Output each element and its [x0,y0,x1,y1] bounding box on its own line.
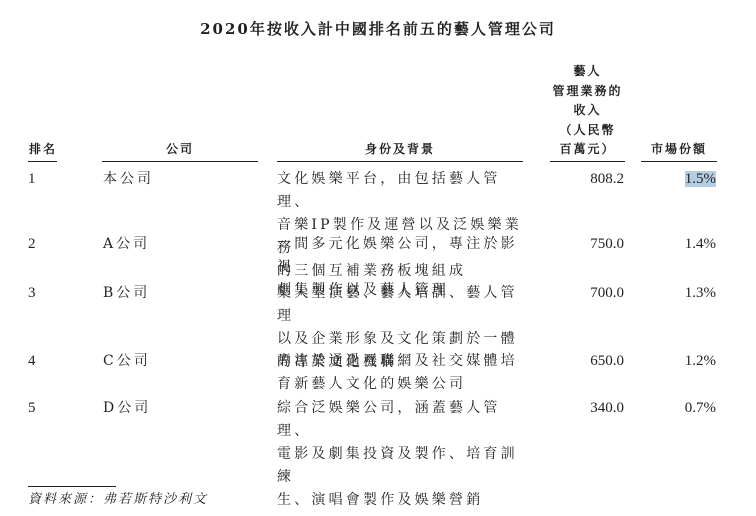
background-line: 集大型演藝、藝人培訓、藝人管理 [277,282,527,328]
header-rule-rank [28,161,57,162]
company-cell: 本公司 [103,168,154,191]
share-selected-text[interactable]: 1.5% [685,171,716,187]
header-rule-share [641,161,717,162]
footnote-rule [28,486,116,487]
table-title: 2020年按收入計中國排名前五的藝人管理公司 [0,18,756,39]
share-cell: 1.3% [660,282,716,305]
header-rank: 排名 [28,140,58,160]
revenue-cell: 808.2 [560,168,624,191]
background-line: 育新藝人文化的娛樂公司 [277,373,527,396]
background-line: 文化娛樂平台，由包括藝人管理、 [277,168,527,214]
background-line: 電影及劇集投資及製作、培育訓練 [277,443,527,489]
company-cell: D公司 [103,397,151,420]
header-revenue-line: 管理業務的 [540,82,635,102]
header-rule-background [277,161,523,162]
revenue-cell: 750.0 [560,233,624,256]
company-cell: A公司 [103,233,150,256]
background-line: 綜合泛娛樂公司，涵蓋藝人管理、 [277,397,527,443]
header-revenue-line: 百萬元） [540,140,635,160]
source-note: 資料來源：弗若斯特沙利文 [28,488,208,507]
share-cell: 1.5% [660,168,716,191]
revenue-cell: 700.0 [560,282,624,305]
header-share: 市場份額 [641,140,717,160]
company-cell: B公司 [103,282,150,305]
company-cell: C公司 [103,350,151,373]
share-cell: 0.7% [660,397,716,420]
header-company: 公司 [102,140,258,160]
revenue-cell: 340.0 [560,397,624,420]
rank-cell: 2 [28,233,36,256]
background-line: 以及企業形象及文化策劃於一體 [277,328,527,351]
header-revenue: 藝人 管理業務的 收入 （人民幣 百萬元） [540,62,635,160]
background-cell: 專注於通過互聯網及社交媒體培 育新藝人文化的娛樂公司 [277,350,527,396]
share-cell: 1.4% [660,233,716,256]
rank-cell: 4 [28,350,36,373]
revenue-cell: 650.0 [560,350,624,373]
header-revenue-line: 收入 [540,101,635,121]
rank-cell: 5 [28,397,36,420]
background-line: 專注於通過互聯網及社交媒體培 [277,350,527,373]
share-cell: 1.2% [660,350,716,373]
header-revenue-line: （人民幣 [540,121,635,141]
header-rule-revenue [550,161,625,162]
header-background: 身份及背景 [277,140,523,160]
background-line: 一間多元化娛樂公司，專注於影視 [277,233,527,279]
header-revenue-line: 藝人 [540,62,635,82]
rank-cell: 3 [28,282,36,305]
background-line: 生、演唱會製作及娛樂營銷 [277,489,527,512]
background-cell: 綜合泛娛樂公司，涵蓋藝人管理、 電影及劇集投資及製作、培育訓練 生、演唱會製作及… [277,397,527,512]
rank-cell: 1 [28,168,36,191]
header-rule-company [102,161,258,162]
